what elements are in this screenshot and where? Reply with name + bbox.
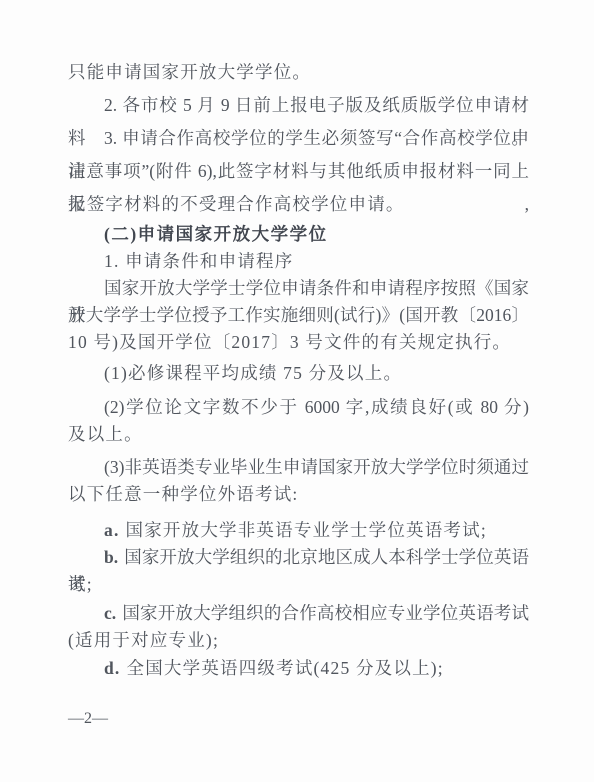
text-line: 及以上。 xyxy=(68,421,529,448)
text-line: 试; xyxy=(68,571,529,598)
text-line: a.国家开放大学非英语专业学士学位英语考试; xyxy=(68,517,529,544)
text-line: 3. 申请合作高校学位的学生必须签写“合作高校学位申请 xyxy=(68,122,529,155)
document-body: 只能申请国家开放大学学位。2. 各市校 5 月 9 日前上报电子版及纸质版学位申… xyxy=(68,56,529,682)
section-heading: (二)申请国家开放大学学位 xyxy=(68,221,529,248)
text-line: (3)非英语类专业毕业生申请国家开放大学学位时须通过 xyxy=(68,454,529,481)
text-line: 只能申请国家开放大学学位。 xyxy=(68,56,529,89)
text-line: d.全国大学英语四级考试(425 分及以上); xyxy=(68,655,529,682)
page-number: —2— xyxy=(68,710,108,728)
text-line: 以下任意一种学位外语考试: xyxy=(68,481,529,508)
item-marker: d. xyxy=(104,658,121,678)
text-line: 注意事项”(附件 6),此签字材料与其他纸质申报材料一同上报, xyxy=(68,155,529,188)
text-line: c.国家开放大学组织的合作高校相应专业学位英语考试 xyxy=(68,600,529,627)
text-line: b.国家开放大学组织的北京地区成人本科学士学位英语考 xyxy=(68,544,529,571)
text-line: 国家开放大学学士学位申请条件和申请程序按照《国家开 xyxy=(68,275,529,302)
item-marker: b. xyxy=(104,547,118,567)
item-marker: a. xyxy=(104,520,120,540)
text-line: (1)必修课程平均成绩 75 分及以上。 xyxy=(68,360,529,387)
text-line: (适用于对应专业); xyxy=(68,627,529,654)
item-marker: c. xyxy=(104,603,116,623)
text-line: 10 号)及国开学位〔2017〕3 号文件的有关规定执行。 xyxy=(68,329,529,356)
text-line: 2. 各市校 5 月 9 日前上报电子版及纸质版学位申请材料。 xyxy=(68,89,529,122)
text-line: (2)学位论文字数不少于 6000 字,成绩良好(或 80 分) xyxy=(68,394,529,421)
text-line: 放大学学士学位授予工作实施细则(试行)》(国开教〔2016〕 xyxy=(68,302,529,329)
document-page: 只能申请国家开放大学学位。2. 各市校 5 月 9 日前上报电子版及纸质版学位申… xyxy=(0,0,594,782)
text-line: 1. 申请条件和申请程序 xyxy=(68,248,529,275)
